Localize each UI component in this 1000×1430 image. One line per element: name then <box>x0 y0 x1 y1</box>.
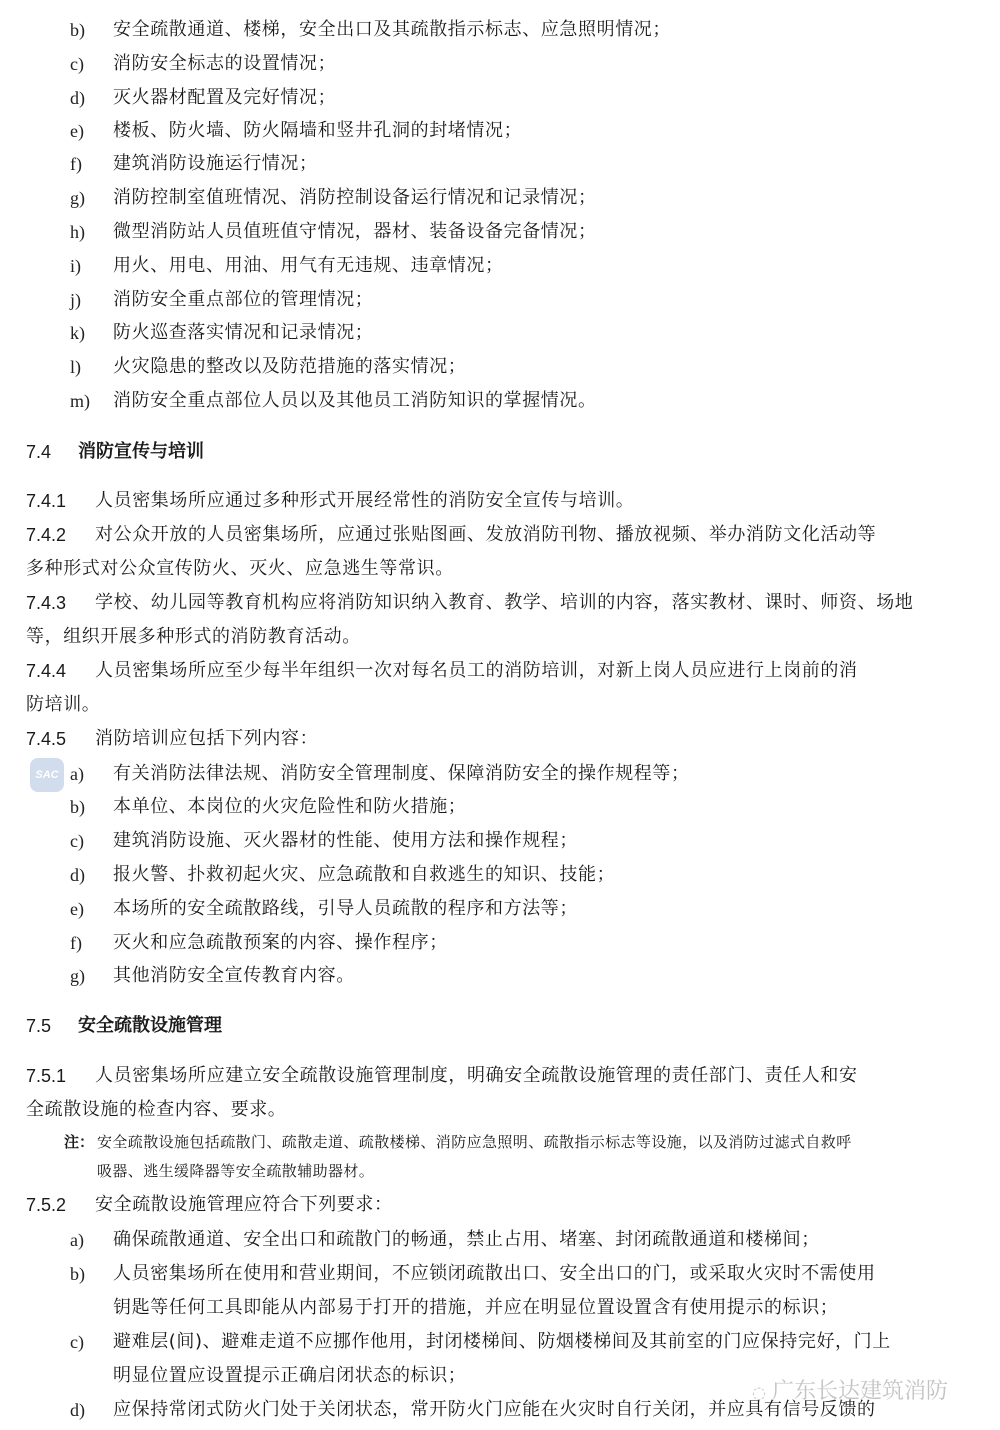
list-label: d) <box>70 1398 85 1422</box>
list-item: 确保疏散通道、安全出口和疏散门的畅通，禁止占用、堵塞、封闭疏散通道和楼梯间； <box>113 1228 820 1252</box>
list-item: 本场所的安全疏散路线，引导人员疏散的程序和方法等； <box>113 897 578 921</box>
list-label: b) <box>70 18 85 42</box>
clause-text: 人员密集场所应建立安全疏散设施管理制度，明确安全疏散设施管理的责任部门、责任人和… <box>95 1064 858 1088</box>
clause-text: 全疏散设施的检查内容、要求。 <box>26 1098 286 1122</box>
section-number: 7.5 <box>26 1014 51 1038</box>
clause-number: 7.4.1 <box>26 489 66 513</box>
list-item: 明显位置应设置提示正确启闭状态的标识； <box>113 1364 466 1388</box>
clause-text: 对公众开放的人员密集场所，应通过张贴图画、发放消防刊物、播放视频、举办消防文化活… <box>95 523 876 547</box>
clause-number: 7.4.3 <box>26 591 66 615</box>
list-label: j) <box>70 288 81 312</box>
list-label: e) <box>70 897 84 921</box>
clause-text: 多种形式对公众宣传防火、灭火、应急逃生等常识。 <box>26 557 454 581</box>
list-item: 灭火器材配置及完好情况； <box>113 86 336 110</box>
list-item: 避难层(间)、避难走道不应挪作他用，封闭楼梯间、防烟楼梯间及其前室的门应保持完好… <box>113 1330 891 1354</box>
clause-text: 安全疏散设施管理应符合下列要求： <box>95 1193 393 1217</box>
list-label: d) <box>70 863 85 887</box>
list-item: 消防安全标志的设置情况； <box>113 52 336 76</box>
list-item: 楼板、防火墙、防火隔墙和竖井孔洞的封堵情况； <box>113 119 522 143</box>
watermark-text: 广东长达建筑消防 <box>772 1379 948 1404</box>
list-item: 用火、用电、用油、用气有无违规、违章情况； <box>113 254 504 278</box>
list-item: 建筑消防设施运行情况； <box>113 152 318 176</box>
clause-text: 学校、幼儿园等教育机构应将消防知识纳入教育、教学、培训的内容，落实教材、课时、师… <box>95 591 913 615</box>
list-label: c) <box>70 829 84 853</box>
note-text: 安全疏散设施包括疏散门、疏散走道、疏散楼梯、消防应急照明、疏散指示标志等设施，以… <box>97 1131 852 1153</box>
clause-number: 7.4.5 <box>26 727 66 751</box>
list-label: a) <box>70 762 84 786</box>
list-label: i) <box>70 254 81 278</box>
list-label: c) <box>70 1330 84 1354</box>
section-number: 7.4 <box>26 440 51 464</box>
list-item: 防火巡查落实情况和记录情况； <box>113 321 373 345</box>
list-item: 人员密集场所在使用和营业期间，不应锁闭疏散出口、安全出口的门，或采取火灾时不需使… <box>113 1262 876 1286</box>
list-item: 消防安全重点部位的管理情况； <box>113 288 373 312</box>
list-label: g) <box>70 964 85 988</box>
clause-text: 消防培训应包括下列内容： <box>95 727 318 751</box>
list-item: 其他消防安全宣传教育内容。 <box>113 964 355 988</box>
clause-text: 人员密集场所应至少每半年组织一次对每名员工的消防培训，对新上岗人员应进行上岗前的… <box>95 659 858 683</box>
list-label: l) <box>70 355 81 379</box>
clause-number: 7.4.4 <box>26 659 66 683</box>
list-label: a) <box>70 1228 84 1252</box>
list-label: e) <box>70 119 84 143</box>
clause-number: 7.4.2 <box>26 523 66 547</box>
list-item: 本单位、本岗位的火灾危险性和防火措施； <box>113 795 466 819</box>
list-label: g) <box>70 186 85 210</box>
list-item: 建筑消防设施、灭火器材的性能、使用方法和操作规程； <box>113 829 578 853</box>
list-label: k) <box>70 321 85 345</box>
list-label: h) <box>70 220 85 244</box>
list-item: 消防安全重点部位人员以及其他员工消防知识的掌握情况。 <box>113 389 597 413</box>
wechat-icon: ◌ <box>752 1383 766 1402</box>
list-label: f) <box>70 931 82 955</box>
watermark: ◌广东长达建筑消防 <box>752 1374 948 1405</box>
clause-text: 等，组织开展多种形式的消防教育活动。 <box>26 625 361 649</box>
list-label: c) <box>70 52 84 76</box>
list-item: 报火警、扑救初起火灾、应急疏散和自救逃生的知识、技能； <box>113 863 615 887</box>
list-label: d) <box>70 86 85 110</box>
list-item: 安全疏散通道、楼梯，安全出口及其疏散指示标志、应急照明情况； <box>113 18 671 42</box>
note-label: 注： <box>64 1131 94 1153</box>
list-label: f) <box>70 152 82 176</box>
list-item: 消防控制室值班情况、消防控制设备运行情况和记录情况； <box>113 186 597 210</box>
list-item: 有关消防法律法规、消防安全管理制度、保障消防安全的操作规程等； <box>113 762 690 786</box>
list-label: b) <box>70 795 85 819</box>
list-item: 微型消防站人员值班值守情况，器材、装备设备完备情况； <box>113 220 597 244</box>
list-item: 火灾隐患的整改以及防范措施的落实情况； <box>113 355 466 379</box>
section-title: 消防宣传与培训 <box>78 440 204 464</box>
list-item: 钥匙等任何工具即能从内部易于打开的措施，并应在明显位置设置含有使用提示的标识； <box>113 1296 838 1320</box>
sac-logo: SAC <box>30 758 64 792</box>
list-label: m) <box>70 389 90 413</box>
section-title: 安全疏散设施管理 <box>78 1014 222 1038</box>
note-text: 吸器、逃生缓降器等安全疏散辅助器材。 <box>97 1160 374 1182</box>
clause-text: 人员密集场所应通过多种形式开展经常性的消防安全宣传与培训。 <box>95 489 634 513</box>
clause-number: 7.5.1 <box>26 1064 66 1088</box>
list-label: b) <box>70 1262 85 1286</box>
clause-number: 7.5.2 <box>26 1193 66 1217</box>
list-item: 灭火和应急疏散预案的内容、操作程序； <box>113 931 448 955</box>
clause-text: 防培训。 <box>26 693 100 717</box>
